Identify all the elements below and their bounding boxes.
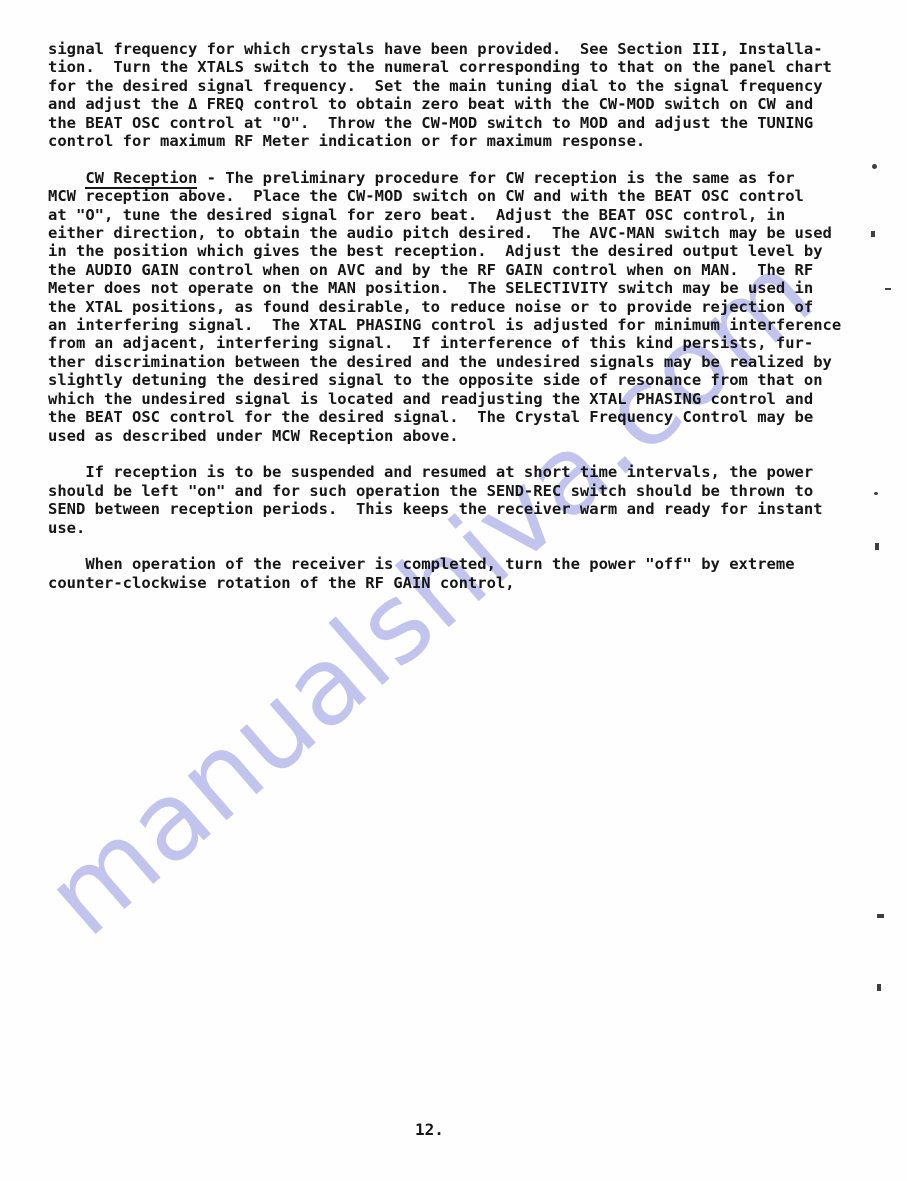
text-line: control for maximum RF Meter indication … bbox=[48, 132, 841, 150]
text-line: use. bbox=[48, 519, 841, 537]
text-line: in the position which gives the best rec… bbox=[48, 242, 841, 260]
text-line: CW Reception - The preliminary procedure… bbox=[48, 169, 841, 187]
text-line: the AUDIO GAIN control when on AVC and b… bbox=[48, 261, 841, 279]
text-line: and adjust the Δ FREQ control to obtain … bbox=[48, 95, 841, 113]
document-page: manualshiva.com signal frequency for whi… bbox=[0, 0, 907, 1181]
text-line: If reception is to be suspended and resu… bbox=[48, 463, 841, 481]
text-line: tion. Turn the XTALS switch to the numer… bbox=[48, 58, 841, 76]
text-run: - The preliminary procedure for CW recep… bbox=[197, 169, 794, 187]
paragraph-send-rec: If reception is to be suspended and resu… bbox=[48, 463, 841, 537]
cw-reception-heading: CW Reception bbox=[85, 169, 197, 189]
scan-speck bbox=[877, 914, 884, 918]
scan-speck bbox=[872, 164, 877, 169]
text-line: When operation of the receiver is comple… bbox=[48, 555, 841, 573]
text-line: slightly detuning the desired signal to … bbox=[48, 371, 841, 389]
text-line: an interfering signal. The XTAL PHASING … bbox=[48, 316, 841, 334]
scan-speck bbox=[871, 231, 875, 237]
text-line: ther discrimination between the desired … bbox=[48, 353, 841, 371]
paragraph-power-off: When operation of the receiver is comple… bbox=[48, 555, 841, 592]
scan-speck bbox=[875, 543, 879, 550]
text-line: used as described under MCW Reception ab… bbox=[48, 427, 841, 445]
text-line: either direction, to obtain the audio pi… bbox=[48, 224, 841, 242]
page-content: signal frequency for which crystals have… bbox=[48, 40, 841, 611]
paragraph-cw-reception: CW Reception - The preliminary procedure… bbox=[48, 169, 841, 445]
text-line: SEND between reception periods. This kee… bbox=[48, 500, 841, 518]
text-line: from an adjacent, interfering signal. If… bbox=[48, 334, 841, 352]
scan-speck bbox=[885, 288, 891, 290]
text-line: at "O", tune the desired signal for zero… bbox=[48, 206, 841, 224]
paragraph-operation: signal frequency for which crystals have… bbox=[48, 40, 841, 150]
scan-speck bbox=[877, 984, 881, 991]
text-line: Meter does not operate on the MAN positi… bbox=[48, 279, 841, 297]
text-line: the BEAT OSC control at "O". Throw the C… bbox=[48, 114, 841, 132]
text-line: counter-clockwise rotation of the RF GAI… bbox=[48, 574, 841, 592]
text-line: MCW reception above. Place the CW-MOD sw… bbox=[48, 187, 841, 205]
text-line: the XTAL positions, as found desirable, … bbox=[48, 298, 841, 316]
text-line: should be left "on" and for such operati… bbox=[48, 482, 841, 500]
text-line: for the desired signal frequency. Set th… bbox=[48, 77, 841, 95]
text-line: signal frequency for which crystals have… bbox=[48, 40, 841, 58]
page-number: 12. bbox=[415, 1120, 444, 1139]
scan-speck bbox=[874, 492, 878, 495]
paragraph-indent bbox=[48, 169, 85, 187]
text-line: the BEAT OSC control for the desired sig… bbox=[48, 408, 841, 426]
text-line: which the undesired signal is located an… bbox=[48, 390, 841, 408]
